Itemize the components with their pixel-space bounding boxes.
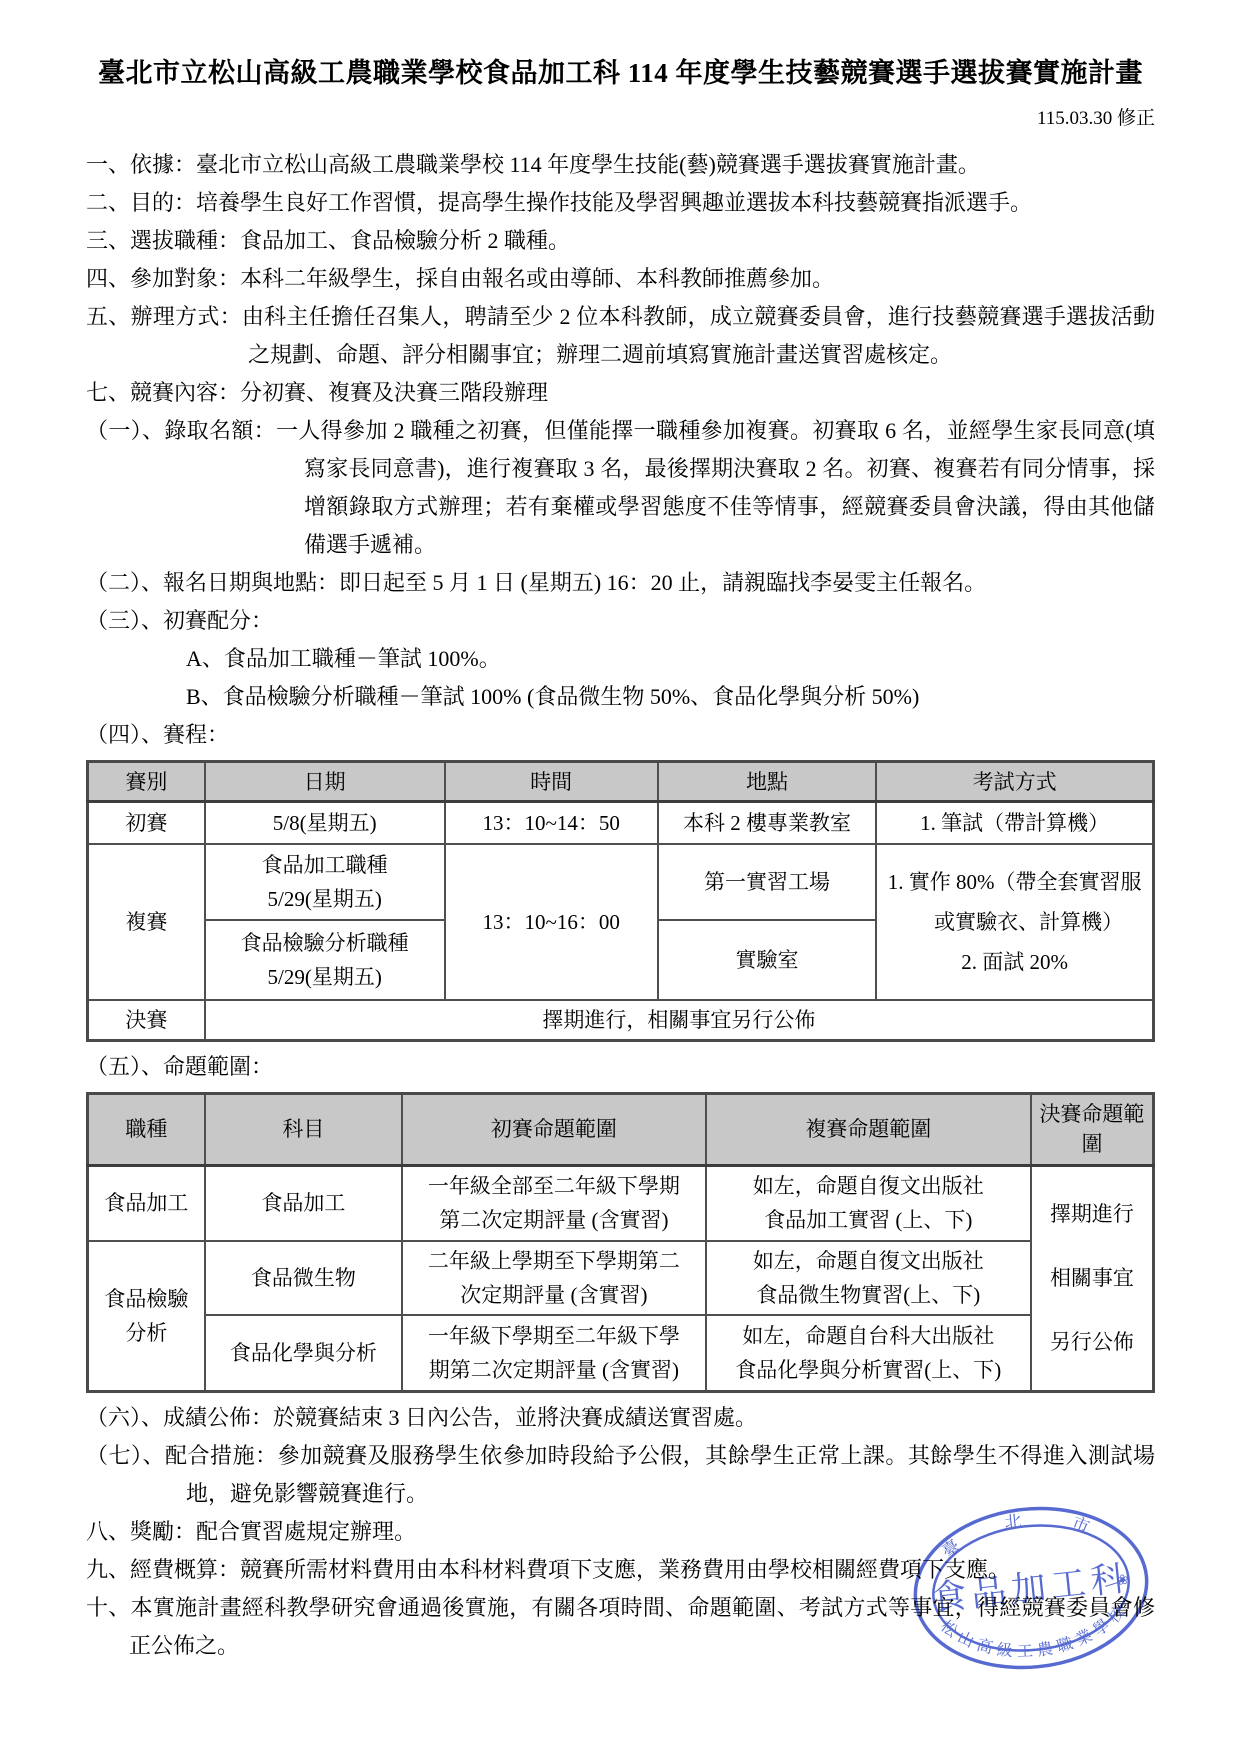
scope-prelim-processing: 一年級全部至二年級下學期 第二次定期評量 (含實習) xyxy=(402,1165,706,1241)
semifinal-time: 13：10~16：00 xyxy=(445,844,658,1000)
item-job-categories: 三、選拔職種：食品加工、食品檢驗分析 2 職種。 xyxy=(86,222,1155,260)
semifinal-place-analysis: 實驗室 xyxy=(658,920,877,1000)
item-purpose: 二、目的：培養學生良好工作習慣，提高學生操作技能及學習興趣並選拔本科技藝競賽指派… xyxy=(86,184,1155,222)
scope-semi-processing: 如左，命題自復文出版社 食品加工實習 (上、下) xyxy=(706,1165,1031,1241)
item-organization: 五、辦理方式：由科主任擔任召集人，聘請至少 2 位本科教師，成立競賽委員會，進行… xyxy=(86,298,1155,374)
scope-header-job: 職種 xyxy=(88,1093,205,1165)
scope-final-cell: 擇期進行 相關事宜 另行公佈 xyxy=(1031,1165,1154,1391)
item-competition-content: 七、競賽內容：分初賽、複賽及決賽三階段辦理 xyxy=(86,374,1155,412)
document-content: 臺北市立松山高級工農職業學校食品加工科 114 年度學生技藝競賽選手選拔賽實施計… xyxy=(0,0,1241,1665)
scope-final-line-3: 另行公佈 xyxy=(1036,1325,1148,1359)
schedule-row-semifinal-1: 複賽 食品加工職種 5/29(星期五) 13：10~16：00 第一實習工場 1… xyxy=(88,844,1154,920)
schedule-row-preliminary: 初賽 5/8(星期五) 13：10~14：50 本科 2 樓專業教室 1. 筆試… xyxy=(88,802,1154,844)
preliminary-place: 本科 2 樓專業教室 xyxy=(658,802,877,844)
schedule-header-round: 賽別 xyxy=(88,762,205,802)
semifinal-method: 1. 實作 80%（帶全套實習服或實驗衣、計算機） 2. 面試 20% xyxy=(876,844,1153,1000)
preliminary-time: 13：10~14：50 xyxy=(445,802,658,844)
scope-prelim-microbiology: 二年級上學期至下學期第二 次定期評量 (含實習) xyxy=(402,1241,706,1315)
semifinal-analysis-label: 食品檢驗分析職種 xyxy=(212,926,438,960)
final-name: 決賽 xyxy=(88,1000,205,1041)
item-participants: 四、參加對象：本科二年級學生，採自由報名或由導師、本科教師推薦參加。 xyxy=(86,260,1155,298)
scope-row-processing: 食品加工 食品加工 一年級全部至二年級下學期 第二次定期評量 (含實習) 如左，… xyxy=(88,1165,1154,1241)
semifinal-place-processing: 第一實習工場 xyxy=(658,844,877,920)
scope-final-line-2: 相關事宜 xyxy=(1036,1261,1148,1295)
semifinal-name: 複賽 xyxy=(88,844,205,1000)
subitem-preliminary-scoring: （三）、初賽配分： xyxy=(86,602,1155,640)
item-awards: 八、獎勵：配合實習處規定辦理。 xyxy=(86,1513,1155,1551)
scope-header-prelim: 初賽命題範圍 xyxy=(402,1093,706,1165)
scope-header-semi: 複賽命題範圍 xyxy=(706,1093,1031,1165)
scope-final-line-1: 擇期進行 xyxy=(1036,1197,1148,1231)
schedule-header-time: 時間 xyxy=(445,762,658,802)
schedule-header-place: 地點 xyxy=(658,762,877,802)
document-body: 一、依據：臺北市立松山高級工農職業學校 114 年度學生技能(藝)競賽選手選拔賽… xyxy=(86,146,1155,1665)
subitem-results: （六）、成績公佈：於競賽結束 3 日內公告，並將決賽成績送實習處。 xyxy=(86,1399,1155,1437)
subitem-scope: （五）、命題範圍： xyxy=(86,1048,1155,1086)
subitem-quota: （一）、錄取名額：一人得參加 2 職種之初賽，但僅能擇一職種參加複賽。初賽取 6… xyxy=(86,412,1155,564)
preliminary-method: 1. 筆試（帶計算機） xyxy=(876,802,1153,844)
scope-subject-chemistry: 食品化學與分析 xyxy=(205,1315,402,1391)
schedule-header-method: 考試方式 xyxy=(876,762,1153,802)
scope-subject-microbiology: 食品微生物 xyxy=(205,1241,402,1315)
preliminary-name: 初賽 xyxy=(88,802,205,844)
preliminary-date: 5/8(星期五) xyxy=(205,802,445,844)
scoring-item-b: B、食品檢驗分析職種－筆試 100% (食品微生物 50%、食品化學與分析 50… xyxy=(86,678,1155,716)
item-basis: 一、依據：臺北市立松山高級工農職業學校 114 年度學生技能(藝)競賽選手選拔賽… xyxy=(86,146,1155,184)
final-note: 擇期進行，相關事宜另行公佈 xyxy=(205,1000,1154,1041)
schedule-row-final: 決賽 擇期進行，相關事宜另行公佈 xyxy=(88,1000,1154,1041)
subitem-schedule: （四）、賽程： xyxy=(86,716,1155,754)
document-page: 臺北市立松山高級工農職業學校食品加工科 114 年度學生技藝競賽選手選拔賽實施計… xyxy=(0,0,1241,1755)
schedule-table: 賽別 日期 時間 地點 考試方式 初賽 5/8(星期五) 13：10~14：50… xyxy=(86,760,1155,1042)
revision-date: 115.03.30 修正 xyxy=(86,106,1155,132)
semifinal-date-analysis: 食品檢驗分析職種 5/29(星期五) xyxy=(205,920,445,1000)
scoring-item-a: A、食品加工職種－筆試 100%。 xyxy=(86,640,1155,678)
scope-header-final: 決賽命題範圍 xyxy=(1031,1093,1154,1165)
scope-header-subject: 科目 xyxy=(205,1093,402,1165)
semifinal-method-2: 2. 面試 20% xyxy=(883,942,1146,982)
subitem-arrangements: （七）、配合措施：參加競賽及服務學生依參加時段給予公假，其餘學生正常上課。其餘學… xyxy=(86,1437,1155,1513)
schedule-header-date: 日期 xyxy=(205,762,445,802)
page-title: 臺北市立松山高級工農職業學校食品加工科 114 年度學生技藝競賽選手選拔賽實施計… xyxy=(86,52,1155,94)
subitem-registration: （二）、報名日期與地點：即日起至 5 月 1 日 (星期五) 16：20 止，請… xyxy=(86,564,1155,602)
semifinal-method-1: 1. 實作 80%（帶全套實習服或實驗衣、計算機） xyxy=(883,862,1146,942)
scope-subject-processing: 食品加工 xyxy=(205,1165,402,1241)
scope-row-chemistry: 食品化學與分析 一年級下學期至二年級下學 期第二次定期評量 (含實習) 如左，命… xyxy=(88,1315,1154,1391)
semifinal-date-processing: 食品加工職種 5/29(星期五) xyxy=(205,844,445,920)
item-budget: 九、經費概算：競賽所需材料費用由本科材料費項下支應，業務費用由學校相關經費項下支… xyxy=(86,1551,1155,1589)
item-implementation: 十、本實施計畫經科教學研究會通過後實施，有關各項時間、命題範圍、考試方式等事宜，… xyxy=(86,1589,1155,1665)
scope-job-processing: 食品加工 xyxy=(88,1165,205,1241)
schedule-header-row: 賽別 日期 時間 地點 考試方式 xyxy=(88,762,1154,802)
scope-table: 職種 科目 初賽命題範圍 複賽命題範圍 決賽命題範圍 食品加工 食品加工 一年級… xyxy=(86,1092,1155,1393)
scope-semi-chemistry: 如左，命題自台科大出版社 食品化學與分析實習(上、下) xyxy=(706,1315,1031,1391)
scope-prelim-chemistry: 一年級下學期至二年級下學 期第二次定期評量 (含實習) xyxy=(402,1315,706,1391)
scope-header-row: 職種 科目 初賽命題範圍 複賽命題範圍 決賽命題範圍 xyxy=(88,1093,1154,1165)
semifinal-analysis-date: 5/29(星期五) xyxy=(212,960,438,994)
semifinal-processing-date: 5/29(星期五) xyxy=(212,882,438,916)
scope-semi-microbiology: 如左，命題自復文出版社 食品微生物實習(上、下) xyxy=(706,1241,1031,1315)
semifinal-processing-label: 食品加工職種 xyxy=(212,848,438,882)
scope-job-analysis: 食品檢驗分析 xyxy=(88,1241,205,1391)
scope-row-microbiology: 食品檢驗分析 食品微生物 二年級上學期至下學期第二 次定期評量 (含實習) 如左… xyxy=(88,1241,1154,1315)
